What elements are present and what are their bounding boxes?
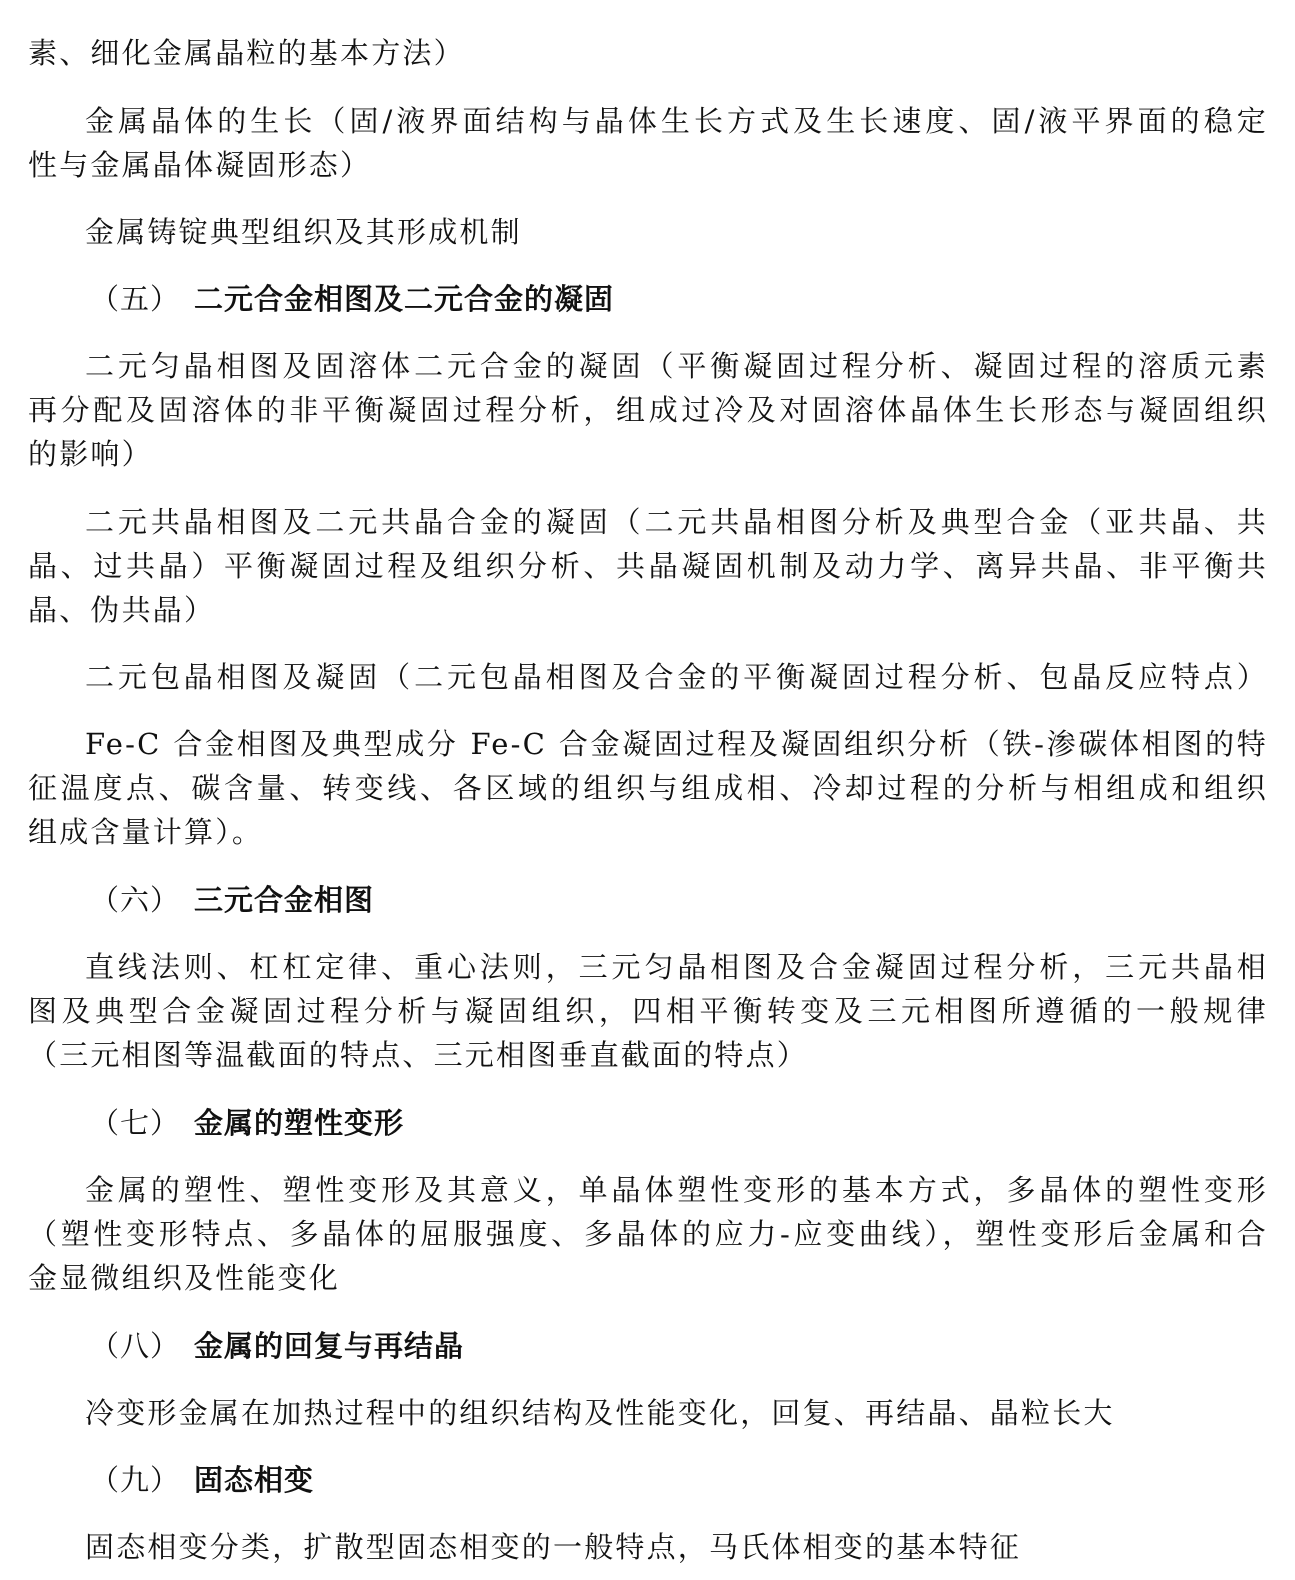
paragraph-line: 的影响） [28, 434, 1268, 474]
section-heading-9: （九）固态相变 [90, 1460, 1295, 1500]
section-heading-8: （八）金属的回复与再结晶 [90, 1326, 1295, 1366]
paragraph-line: 金属的塑性、塑性变形及其意义，单晶体塑性变形的基本方式，多晶体的塑性变形 [85, 1170, 1268, 1210]
paragraph-line: Fe-C 合金相图及典型成分 Fe-C 合金凝固过程及凝固组织分析（铁-渗碳体相… [85, 724, 1268, 764]
heading-title: 固态相变 [194, 1463, 314, 1497]
heading-number: （六） [90, 883, 180, 917]
paragraph-line: 二元共晶相图及二元共晶合金的凝固（二元共晶相图分析及典型合金（亚共晶、共 [85, 502, 1268, 542]
paragraph-line: 金属晶体的生长（固/液界面结构与晶体生长方式及生长速度、固/液平界面的稳定 [85, 101, 1268, 141]
paragraph-line: （三元相图等温截面的特点、三元相图垂直截面的特点） [28, 1035, 1268, 1075]
section-heading-7: （七）金属的塑性变形 [90, 1103, 1295, 1143]
heading-number: （九） [90, 1463, 180, 1497]
heading-title: 金属的塑性变形 [194, 1106, 404, 1140]
paragraph-line: 二元包晶相图及凝固（二元包晶相图及合金的平衡凝固过程分析、包晶反应特点） [85, 657, 1268, 697]
paragraph-line: 图及典型合金凝固过程分析与凝固组织，四相平衡转变及三元相图所遵循的一般规律 [28, 991, 1268, 1031]
paragraph-line: 性与金属晶体凝固形态） [28, 145, 1268, 185]
heading-number: （七） [90, 1106, 180, 1140]
paragraph-line: 素、细化金属晶粒的基本方法） [28, 33, 1268, 73]
section-heading-5: （五）二元合金相图及二元合金的凝固 [90, 279, 1295, 319]
document-page: 素、细化金属晶粒的基本方法） 金属晶体的生长（固/液界面结构与晶体生长方式及生长… [0, 0, 1295, 1580]
paragraph-line: 组成含量计算）。 [28, 812, 1268, 852]
heading-number: （五） [90, 282, 180, 316]
heading-number: （八） [90, 1329, 180, 1363]
paragraph-line: 晶、伪共晶） [28, 590, 1268, 630]
paragraph-line: 征温度点、碳含量、转变线、各区域的组织与组成相、冷却过程的分析与相组成和组织 [28, 768, 1268, 808]
paragraph-line: 二元匀晶相图及固溶体二元合金的凝固（平衡凝固过程分析、凝固过程的溶质元素 [85, 346, 1268, 386]
paragraph-line: 金显微组织及性能变化 [28, 1258, 1268, 1298]
section-heading-6: （六）三元合金相图 [90, 880, 1295, 920]
heading-title: 金属的回复与再结晶 [194, 1329, 464, 1363]
paragraph-line: 直线法则、杠杠定律、重心法则，三元匀晶相图及合金凝固过程分析，三元共晶相 [85, 947, 1268, 987]
paragraph-line: （塑性变形特点、多晶体的屈服强度、多晶体的应力-应变曲线），塑性变形后金属和合 [28, 1214, 1268, 1254]
paragraph-line: 金属铸锭典型组织及其形成机制 [85, 212, 1268, 252]
heading-title: 三元合金相图 [194, 883, 374, 917]
paragraph-line: 再分配及固溶体的非平衡凝固过程分析，组成过冷及对固溶体晶体生长形态与凝固组织 [28, 390, 1268, 430]
paragraph-line: 晶、过共晶）平衡凝固过程及组织分析、共晶凝固机制及动力学、离异共晶、非平衡共 [28, 546, 1268, 586]
paragraph-line: 冷变形金属在加热过程中的组织结构及性能变化，回复、再结晶、晶粒长大 [85, 1393, 1268, 1433]
heading-title: 二元合金相图及二元合金的凝固 [194, 282, 614, 316]
paragraph-line: 固态相变分类，扩散型固态相变的一般特点，马氏体相变的基本特征 [85, 1527, 1268, 1567]
